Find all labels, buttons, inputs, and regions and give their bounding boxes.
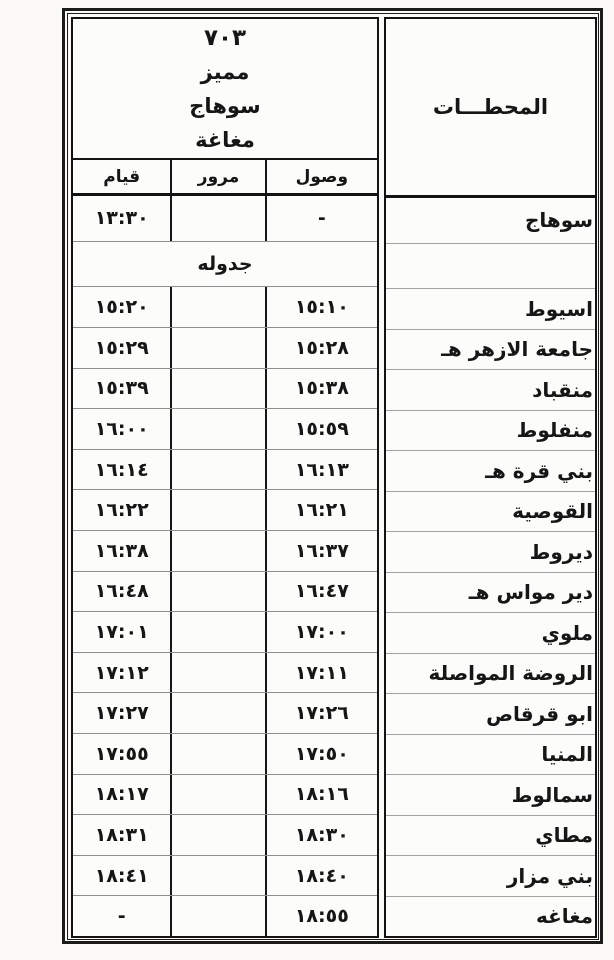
station-name: بني مزار <box>507 864 593 888</box>
departure-cell: ١٨:٤١ <box>73 856 172 896</box>
station-name: اسيوط <box>525 297 593 321</box>
time-row: ١٨:٣١١٨:٣٠ <box>73 814 377 855</box>
time-row: ١٣:٣٠- <box>73 196 377 241</box>
station-name: المنيا <box>541 742 593 766</box>
arrival-cell: ١٥:١٠ <box>267 287 377 327</box>
station-row: سوهاج <box>386 198 595 243</box>
station-name: مغاغه <box>536 904 593 928</box>
arrival-cell: ١٦:٤٧ <box>267 572 377 612</box>
station-row: مطاي <box>386 815 595 855</box>
passing-cell <box>172 896 266 936</box>
station-row: ابو قرقاص <box>386 693 595 733</box>
train-destination: مغاغة <box>195 124 255 157</box>
departure-cell: ١٥:٣٩ <box>73 369 172 409</box>
column-header-arrival: وصول <box>267 160 377 193</box>
arrival-cell: ١٦:١٣ <box>267 450 377 490</box>
arrival-cell: ١٦:٢١ <box>267 490 377 530</box>
station-name: مطاي <box>535 823 593 847</box>
passing-cell <box>172 369 266 409</box>
station-name: سمالوط <box>512 783 593 807</box>
time-row: ١٦:٤٨١٦:٤٧ <box>73 571 377 612</box>
departure-cell: ١٦:٠٠ <box>73 409 172 449</box>
arrival-cell: ١٥:٣٨ <box>267 369 377 409</box>
departure-cell: ١٣:٣٠ <box>73 196 172 241</box>
arrival-cell: ١٥:٢٨ <box>267 328 377 368</box>
station-row: المنيا <box>386 734 595 774</box>
station-row: جامعة الازهر هـ <box>386 329 595 369</box>
train-header: ٧٠٣ مميز سوهاج مغاغة <box>73 19 377 160</box>
station-row: بني قرة هـ <box>386 450 595 490</box>
arrival-cell: ١٨:٣٠ <box>267 815 377 855</box>
arrival-cell: ١٨:١٦ <box>267 775 377 815</box>
time-row: ١٥:٣٩١٥:٣٨ <box>73 368 377 409</box>
time-row: ١٦:٠٠١٥:٥٩ <box>73 408 377 449</box>
passing-cell <box>172 653 266 693</box>
note-label: جدوله <box>73 242 377 287</box>
station-name: ديروط <box>530 540 593 564</box>
time-row: ١٧:١٢١٧:١١ <box>73 652 377 693</box>
arrival-cell: ١٧:٢٦ <box>267 693 377 733</box>
time-row: -١٨:٥٥ <box>73 895 377 936</box>
station-name: ملوي <box>542 621 593 645</box>
departure-cell: ١٦:٢٢ <box>73 490 172 530</box>
departure-cell: ١٧:١٢ <box>73 653 172 693</box>
stations-table: المحطـــات سوهاجاسيوطجامعة الازهر هـمنقب… <box>384 17 597 938</box>
passing-cell <box>172 490 266 530</box>
passing-cell <box>172 196 266 241</box>
time-row: ١٦:١٤١٦:١٣ <box>73 449 377 490</box>
station-name: منقباد <box>532 378 593 402</box>
departure-cell: ١٧:٢٧ <box>73 693 172 733</box>
departure-cell: ١٧:٥٥ <box>73 734 172 774</box>
station-row: ملوي <box>386 612 595 652</box>
station-row: بني مزار <box>386 855 595 895</box>
arrival-cell: ١٨:٥٥ <box>267 896 377 936</box>
station-name: جامعة الازهر هـ <box>441 337 593 361</box>
departure-cell: ١٦:٤٨ <box>73 572 172 612</box>
train-class: مميز <box>201 56 250 89</box>
departure-cell: ١٦:١٤ <box>73 450 172 490</box>
passing-cell <box>172 409 266 449</box>
arrival-cell: ١٨:٤٠ <box>267 856 377 896</box>
times-rows: ١٣:٣٠-جدوله١٥:٢٠١٥:١٠١٥:٢٩١٥:٢٨١٥:٣٩١٥:٣… <box>73 196 377 936</box>
departure-cell: - <box>73 896 172 936</box>
time-row: ١٦:٢٢١٦:٢١ <box>73 489 377 530</box>
arrival-cell: ١٥:٥٩ <box>267 409 377 449</box>
station-row: اسيوط <box>386 288 595 328</box>
train-origin: سوهاج <box>189 90 260 123</box>
departure-cell: ١٥:٢٠ <box>73 287 172 327</box>
passing-cell <box>172 815 266 855</box>
station-row: الروضة المواصلة <box>386 653 595 693</box>
station-row: منقباد <box>386 369 595 409</box>
arrival-cell: - <box>267 196 377 241</box>
time-row: ١٧:٢٧١٧:٢٦ <box>73 692 377 733</box>
station-row: مغاغه <box>386 896 595 936</box>
station-row: سمالوط <box>386 774 595 814</box>
station-row: ديروط <box>386 531 595 571</box>
departure-cell: ١٨:٣١ <box>73 815 172 855</box>
station-name: منفلوط <box>517 418 593 442</box>
column-header-passing: مرور <box>172 160 266 193</box>
time-row: ١٦:٣٨١٦:٣٧ <box>73 530 377 571</box>
passing-cell <box>172 531 266 571</box>
arrival-cell: ١٧:٥٠ <box>267 734 377 774</box>
arrival-cell: ١٦:٣٧ <box>267 531 377 571</box>
passing-cell <box>172 450 266 490</box>
time-row: ١٨:١٧١٨:١٦ <box>73 774 377 815</box>
station-name: ابو قرقاص <box>486 702 593 726</box>
time-row: ١٥:٢٩١٥:٢٨ <box>73 327 377 368</box>
station-row: القوصية <box>386 491 595 531</box>
passing-cell <box>172 287 266 327</box>
arrival-cell: ١٧:١١ <box>267 653 377 693</box>
station-row <box>386 243 595 289</box>
passing-cell <box>172 775 266 815</box>
passing-cell <box>172 693 266 733</box>
train-number: ٧٠٣ <box>204 21 246 55</box>
passing-cell <box>172 612 266 652</box>
time-row: ١٧:٥٥١٧:٥٠ <box>73 733 377 774</box>
departure-cell: ١٨:١٧ <box>73 775 172 815</box>
station-name: دير مواس هـ <box>469 580 593 604</box>
passing-cell <box>172 734 266 774</box>
column-headers: قيام مرور وصول <box>73 160 377 196</box>
passing-cell <box>172 572 266 612</box>
departure-cell: ١٥:٢٩ <box>73 328 172 368</box>
times-table: ٧٠٣ مميز سوهاج مغاغة قيام مرور وصول ١٣:٣… <box>71 17 379 938</box>
column-header-departure: قيام <box>73 160 172 193</box>
station-name: بني قرة هـ <box>485 459 593 483</box>
passing-cell <box>172 328 266 368</box>
note-row: جدوله <box>73 241 377 287</box>
time-row: ١٧:٠١١٧:٠٠ <box>73 611 377 652</box>
stations-rows: سوهاجاسيوطجامعة الازهر هـمنقبادمنفلوطبني… <box>386 198 595 936</box>
departure-cell: ١٦:٣٨ <box>73 531 172 571</box>
passing-cell <box>172 856 266 896</box>
departure-cell: ١٧:٠١ <box>73 612 172 652</box>
stations-header: المحطـــات <box>386 19 595 198</box>
station-row: منفلوط <box>386 410 595 450</box>
time-row: ١٥:٢٠١٥:١٠ <box>73 286 377 327</box>
station-name: القوصية <box>512 499 593 523</box>
timetable-page: ٧٠٣ مميز سوهاج مغاغة قيام مرور وصول ١٣:٣… <box>0 0 614 960</box>
arrival-cell: ١٧:٠٠ <box>267 612 377 652</box>
station-name: سوهاج <box>525 208 593 232</box>
station-name: الروضة المواصلة <box>429 661 593 685</box>
station-row: دير مواس هـ <box>386 572 595 612</box>
time-row: ١٨:٤١١٨:٤٠ <box>73 855 377 896</box>
